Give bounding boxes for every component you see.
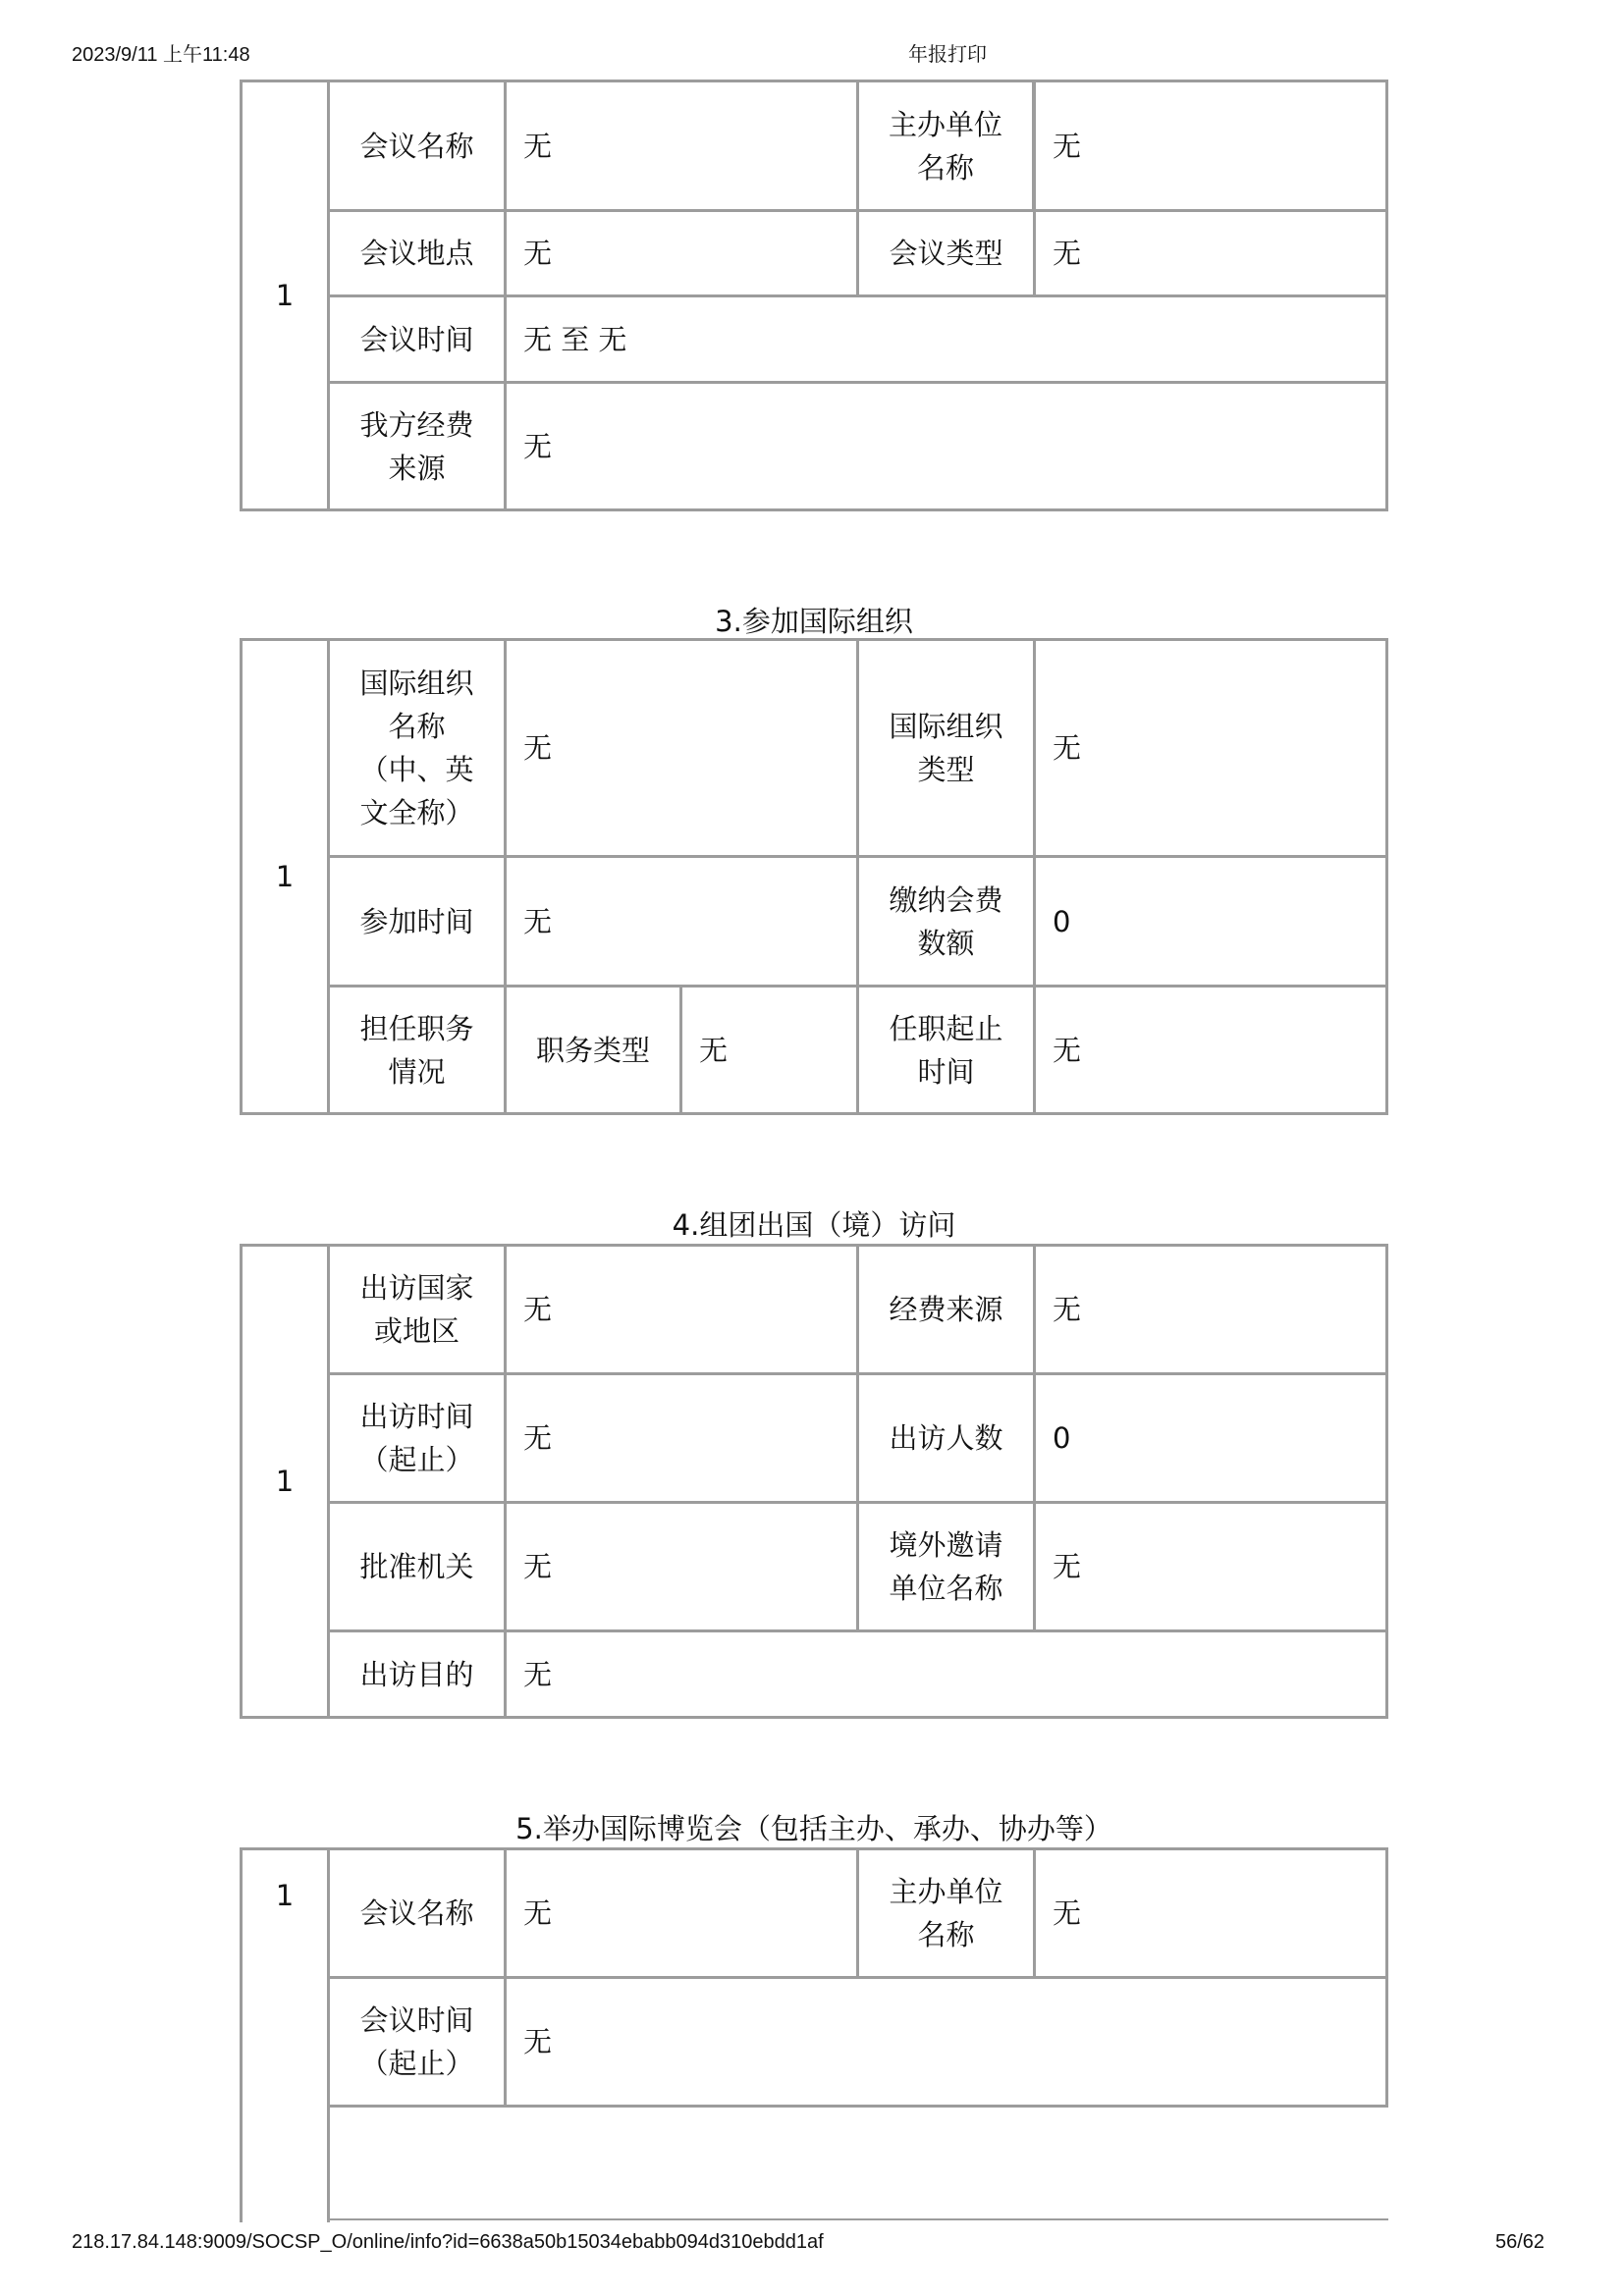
row-index: 1 (240, 1244, 330, 1719)
approval-label: 批准机关 (327, 1501, 507, 1632)
purpose-value: 无 (504, 1629, 1388, 1719)
intl-org-table: 1 国际组织名称（中、英文全称） 无 国际组织类型 无 参加时间 无 缴纳会费数… (240, 638, 1388, 1115)
visitors-value: 0 (1033, 1372, 1388, 1504)
org-name-value: 无 (504, 638, 859, 858)
meeting-place-value: 无 (504, 209, 859, 297)
join-time-label: 参加时间 (327, 855, 507, 988)
funding-label: 经费来源 (856, 1244, 1036, 1375)
row-index: 1 (240, 80, 330, 511)
meeting-time-label: 会议时间（起止） (327, 1976, 507, 2108)
meeting-type-value: 无 (1033, 209, 1388, 297)
print-datetime: 2023/9/11 上午11:48 (72, 43, 250, 67)
section-5-title: 5.举办国际博览会（包括主办、承办、协办等） (240, 1811, 1388, 1846)
inviter-label: 境外邀请单位名称 (856, 1501, 1036, 1632)
meeting-time-value: 无 (504, 1976, 1388, 2108)
purpose-label: 出访目的 (327, 1629, 507, 1719)
funding-value: 无 (1033, 1244, 1388, 1375)
row-index: 1 (240, 638, 330, 1115)
position-label: 担任职务情况 (327, 985, 507, 1115)
host-org-label: 主办单位名称 (856, 80, 1035, 212)
host-org-value: 无 (1033, 1847, 1388, 1979)
empty-row-cut-off (327, 2105, 1388, 2220)
meeting-name-value: 无 (504, 80, 859, 212)
intl-expo-table: 1 会议名称 无 主办单位名称 无 会议时间（起止） 无 (240, 1847, 1388, 2220)
meeting-name-value: 无 (504, 1847, 859, 1979)
org-type-value: 无 (1033, 638, 1388, 858)
visit-time-value: 无 (504, 1372, 859, 1504)
host-org-value: 无 (1033, 80, 1388, 212)
term-label: 任职起止时间 (856, 985, 1036, 1115)
section-3-title: 3.参加国际组织 (240, 604, 1388, 639)
inviter-value: 无 (1033, 1501, 1388, 1632)
country-label: 出访国家或地区 (327, 1244, 507, 1375)
meeting-time-value: 无 至 无 (504, 294, 1388, 384)
position-type-value: 无 (679, 985, 859, 1115)
page-number: 56/62 (1495, 2230, 1544, 2254)
meeting-name-label: 会议名称 (327, 80, 507, 212)
visit-time-label: 出访时间（起止） (327, 1372, 507, 1504)
position-type-label: 职务类型 (504, 985, 682, 1115)
row-index: 1 (276, 1874, 294, 1917)
host-org-label: 主办单位名称 (856, 1847, 1036, 1979)
meeting-name-label: 会议名称 (327, 1847, 507, 1979)
meeting-place-label: 会议地点 (327, 209, 507, 297)
country-value: 无 (504, 1244, 859, 1375)
print-url: 218.17.84.148:9009/SOCSP_O/online/info?i… (72, 2230, 824, 2254)
org-name-label: 国际组织名称（中、英文全称） (327, 638, 507, 858)
fee-value: 0 (1033, 855, 1388, 988)
funding-source-label: 我方经费来源 (327, 381, 507, 511)
join-time-value: 无 (504, 855, 859, 988)
approval-value: 无 (504, 1501, 859, 1632)
print-title: 年报打印 (908, 43, 987, 67)
org-type-label: 国际组织类型 (856, 638, 1036, 858)
visitors-label: 出访人数 (856, 1372, 1036, 1504)
meeting-table-continued: 1 会议名称 无 主办单位名称 无 会议地点 无 会议类型 无 会议时间 无 至… (240, 80, 1388, 511)
funding-source-value: 无 (504, 381, 1388, 511)
fee-label: 缴纳会费数额 (856, 855, 1036, 988)
meeting-type-label: 会议类型 (856, 209, 1036, 297)
section-4-title: 4.组团出国（境）访问 (240, 1207, 1388, 1243)
meeting-time-label: 会议时间 (327, 294, 507, 384)
row-index-cell: 1 (240, 1847, 330, 2222)
outbound-visit-table: 1 出访国家或地区 无 经费来源 无 出访时间（起止） 无 出访人数 0 批准机… (240, 1244, 1388, 1719)
term-value: 无 (1033, 985, 1388, 1115)
